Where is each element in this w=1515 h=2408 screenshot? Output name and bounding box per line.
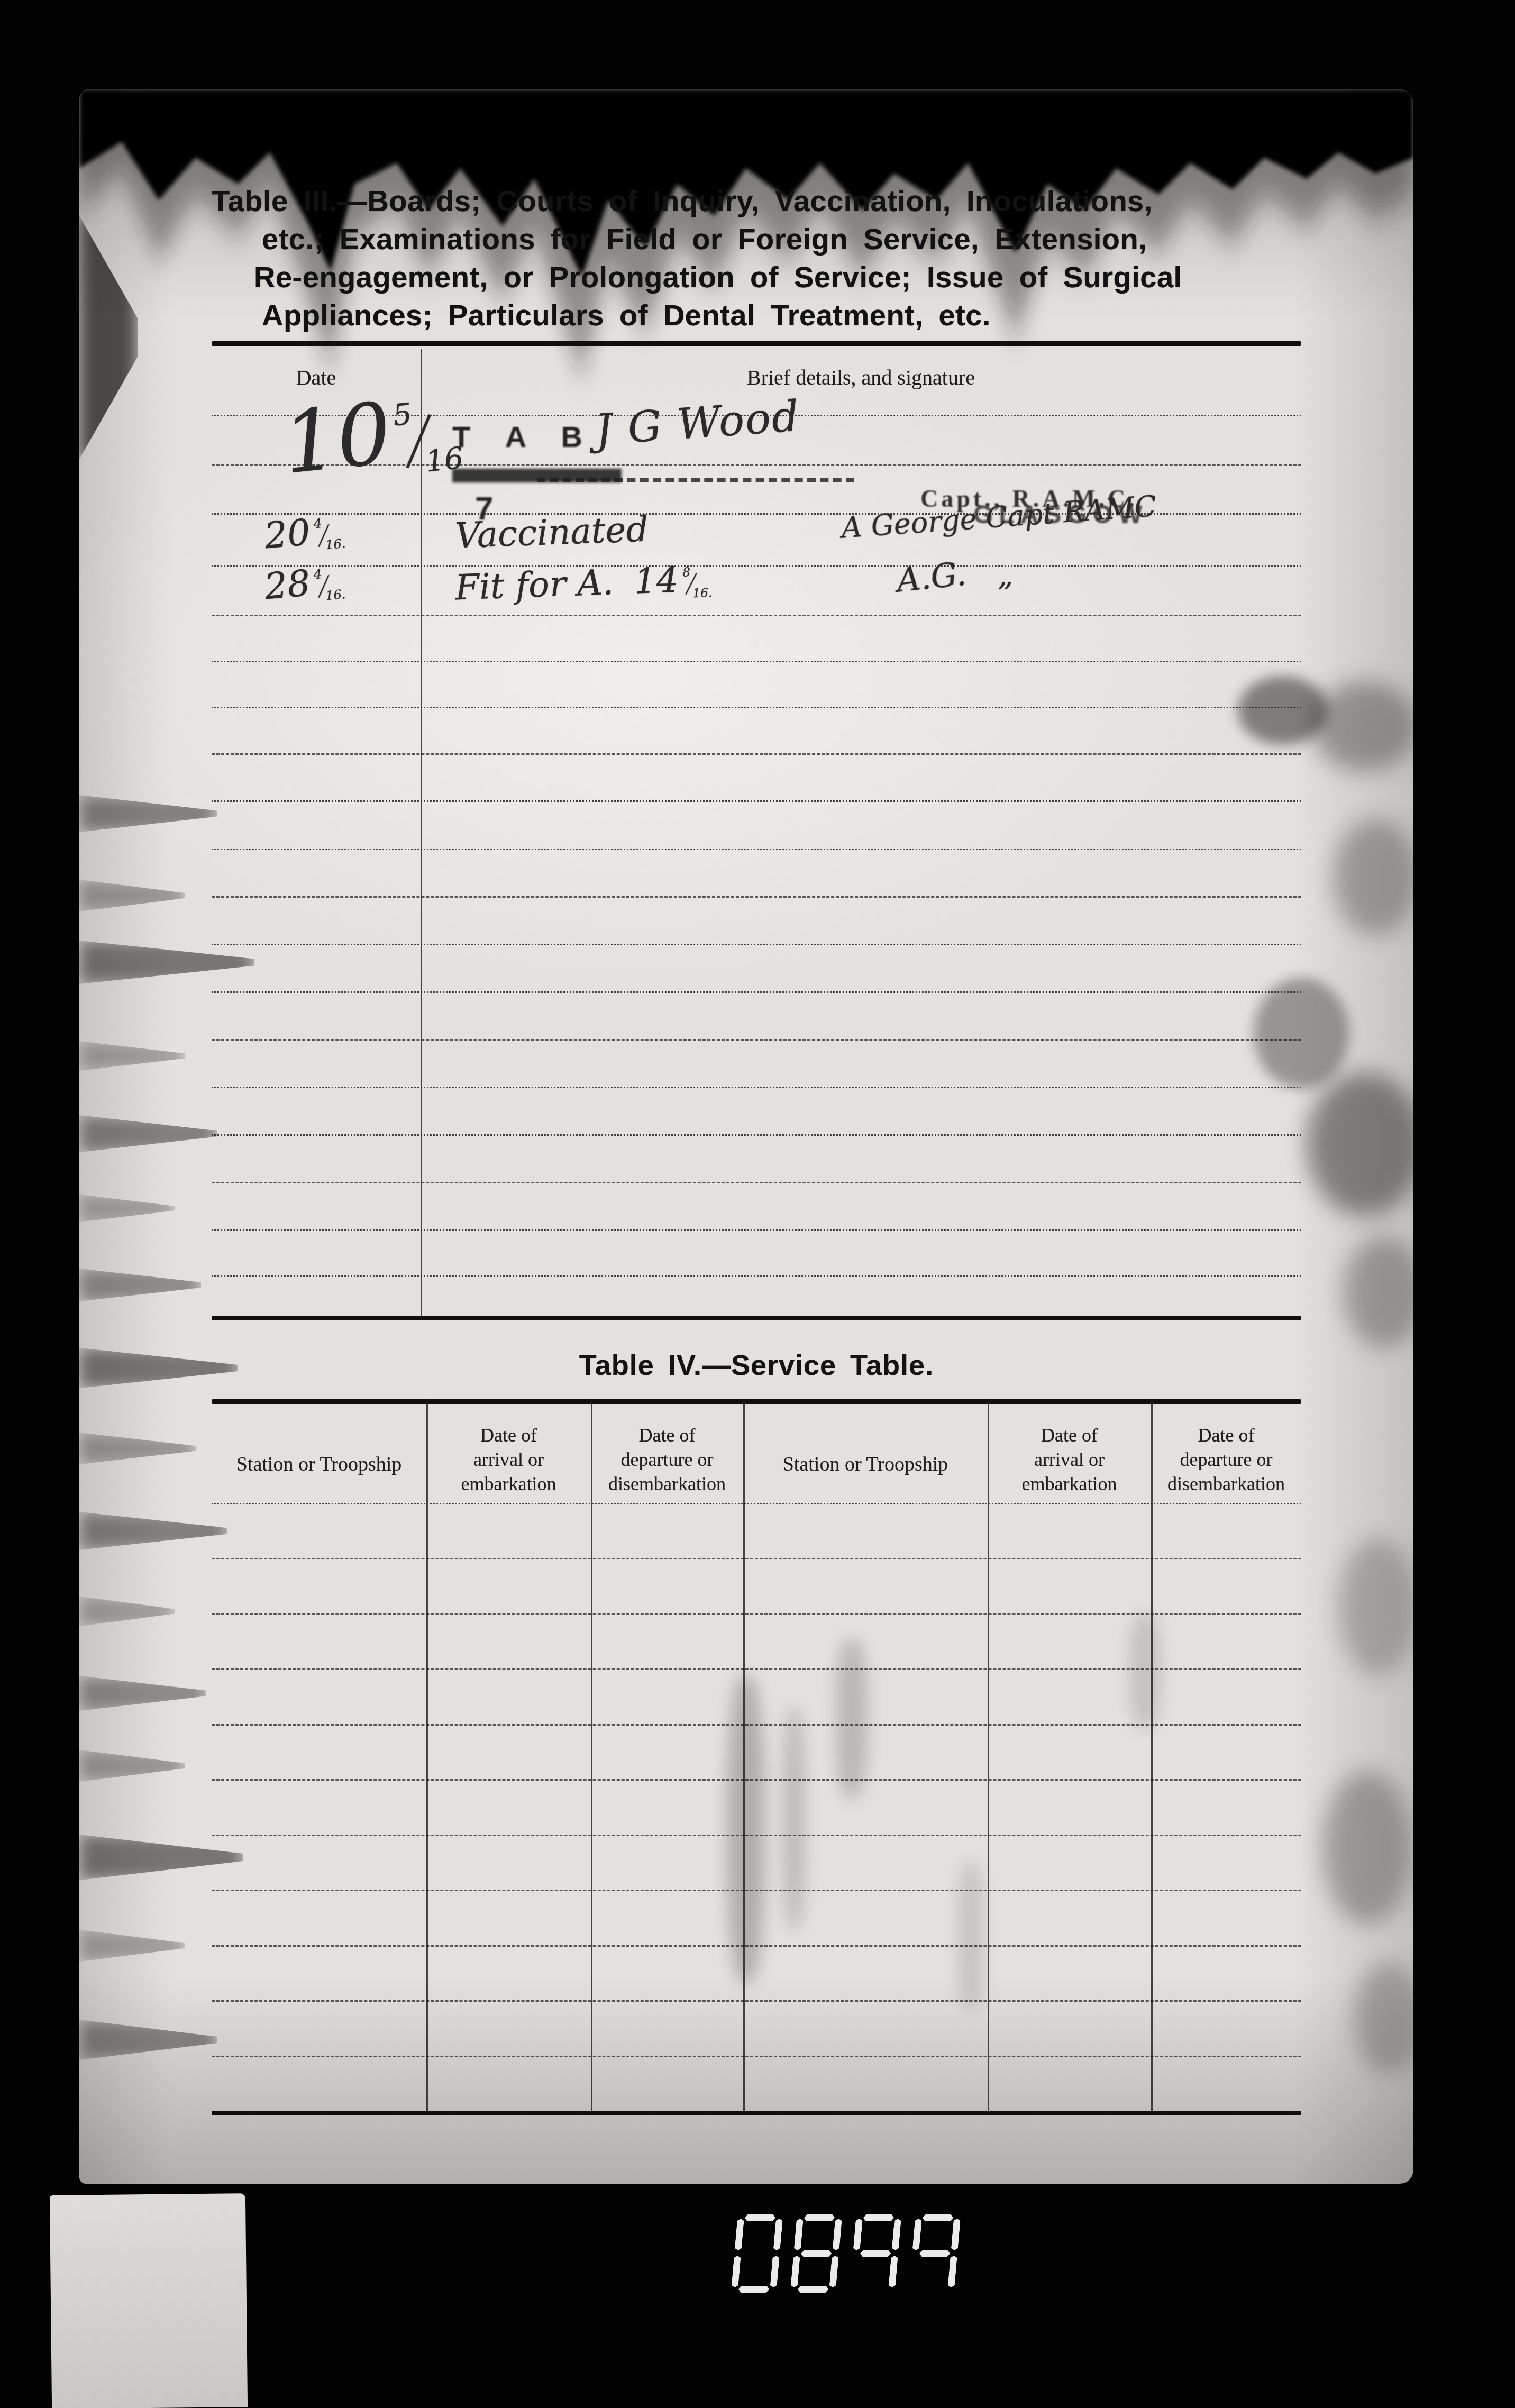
entry-fitness-signature: A.G. xyxy=(895,554,968,599)
counter-digit xyxy=(731,2214,784,2294)
segment xyxy=(773,2219,783,2250)
table4-title: Table IV.—Service Table. xyxy=(212,1349,1301,1382)
segment xyxy=(790,2256,800,2287)
header-line: disembarkation xyxy=(591,1472,743,1496)
stamp-remnant xyxy=(537,478,854,482)
segment xyxy=(798,2286,829,2293)
counter-digit xyxy=(849,2214,902,2294)
column-divider xyxy=(743,1399,745,2111)
ruled-line xyxy=(212,707,1301,708)
segment xyxy=(738,2286,770,2293)
column-divider xyxy=(426,1399,428,2111)
header-line: departure or xyxy=(1151,1447,1301,1472)
ruled-line xyxy=(212,1229,1301,1231)
table4-col-station-1: Station or Troopship xyxy=(212,1453,426,1476)
segment xyxy=(735,2219,744,2250)
header-line: Date of xyxy=(426,1423,591,1447)
ruled-line xyxy=(212,753,1301,755)
header-line: arrival or xyxy=(426,1447,591,1472)
segment xyxy=(888,2256,898,2287)
segment xyxy=(804,2214,835,2221)
ditto-mark: ” xyxy=(997,576,1013,612)
column-divider xyxy=(421,349,422,1316)
segment xyxy=(801,2250,832,2257)
segment xyxy=(731,2256,741,2287)
segment xyxy=(833,2219,842,2250)
table4-col-departure-1: Date of departure or disembarkation xyxy=(591,1423,743,1496)
ruled-line xyxy=(212,1182,1301,1183)
tab-stamp: T A B xyxy=(452,419,596,454)
ruled-line xyxy=(212,1890,1301,1891)
ruled-line xyxy=(212,1558,1301,1559)
ruled-line xyxy=(212,565,1301,567)
ruled-line xyxy=(212,896,1301,898)
segment xyxy=(892,2219,901,2250)
counter-digit xyxy=(790,2214,843,2294)
segment xyxy=(794,2219,804,2250)
ruled-line xyxy=(212,944,1301,945)
segment xyxy=(947,2256,957,2287)
ruled-line xyxy=(212,1087,1301,1088)
header-line: embarkation xyxy=(426,1472,591,1496)
segment xyxy=(770,2256,779,2287)
ruled-line xyxy=(212,1835,1301,1836)
ruled-line xyxy=(212,341,1301,346)
segment xyxy=(912,2219,922,2250)
table4-col-departure-2: Date of departure or disembarkation xyxy=(1151,1423,1301,1496)
ruled-line xyxy=(212,1399,1301,1404)
counter-digit xyxy=(908,2214,962,2294)
ruled-line xyxy=(212,2056,1301,2057)
table4-col-station-2: Station or Troopship xyxy=(743,1453,988,1476)
header-line: disembarkation xyxy=(1151,1472,1301,1496)
column-divider xyxy=(988,1399,989,2111)
entry-fitness-date: 284/16. xyxy=(263,560,346,608)
column-divider xyxy=(1151,1399,1153,2111)
header-line: Date of xyxy=(1151,1423,1301,1447)
entry-vaccination-date: 204/16. xyxy=(263,509,346,558)
header-line: embarkation xyxy=(988,1472,1151,1496)
table4-col-arrival-2: Date of arrival or embarkation xyxy=(988,1423,1151,1496)
document-page: Table III.—Boards; Courts of Inquiry, Va… xyxy=(79,89,1413,2184)
ruled-line xyxy=(212,800,1301,802)
adjacent-page-tab xyxy=(50,2193,248,2408)
ruled-line xyxy=(212,1503,1301,1504)
header-line: arrival or xyxy=(988,1447,1151,1472)
entry-vaccination-note: Vaccinated xyxy=(454,509,649,557)
header-line: Date of xyxy=(591,1423,743,1447)
segment xyxy=(744,2214,775,2221)
ruled-line xyxy=(212,1039,1301,1041)
column-divider xyxy=(591,1399,592,2111)
segment xyxy=(922,2214,953,2221)
segment xyxy=(829,2256,838,2287)
ruled-line xyxy=(212,661,1301,662)
ruled-line xyxy=(212,1275,1301,1277)
ruled-line xyxy=(212,1779,1301,1781)
ruled-line xyxy=(212,1316,1301,1320)
segment xyxy=(863,2214,894,2221)
header-line: departure or xyxy=(591,1447,743,1472)
ruled-line xyxy=(212,1613,1301,1615)
frame-counter xyxy=(734,2214,1009,2294)
segment xyxy=(919,2250,951,2257)
segment xyxy=(951,2219,961,2250)
ruled-line xyxy=(212,1724,1301,1726)
table4-col-arrival-1: Date of arrival or embarkation xyxy=(426,1423,591,1496)
scanned-record-frame: { "table3": { "title_lines": [ "Table II… xyxy=(0,0,1515,2408)
ruled-line xyxy=(212,615,1301,616)
ruled-line xyxy=(212,1945,1301,1947)
ruled-line xyxy=(212,991,1301,993)
ruled-line xyxy=(212,1134,1301,1136)
ruled-line xyxy=(212,2111,1301,2115)
entry-board-date: 105/16 xyxy=(278,376,465,493)
segment xyxy=(860,2250,891,2257)
header-line: Date of xyxy=(988,1423,1151,1447)
segment xyxy=(853,2219,863,2250)
ruled-line xyxy=(212,2000,1301,2002)
ruled-line xyxy=(212,849,1301,850)
ruled-line xyxy=(212,1668,1301,1670)
